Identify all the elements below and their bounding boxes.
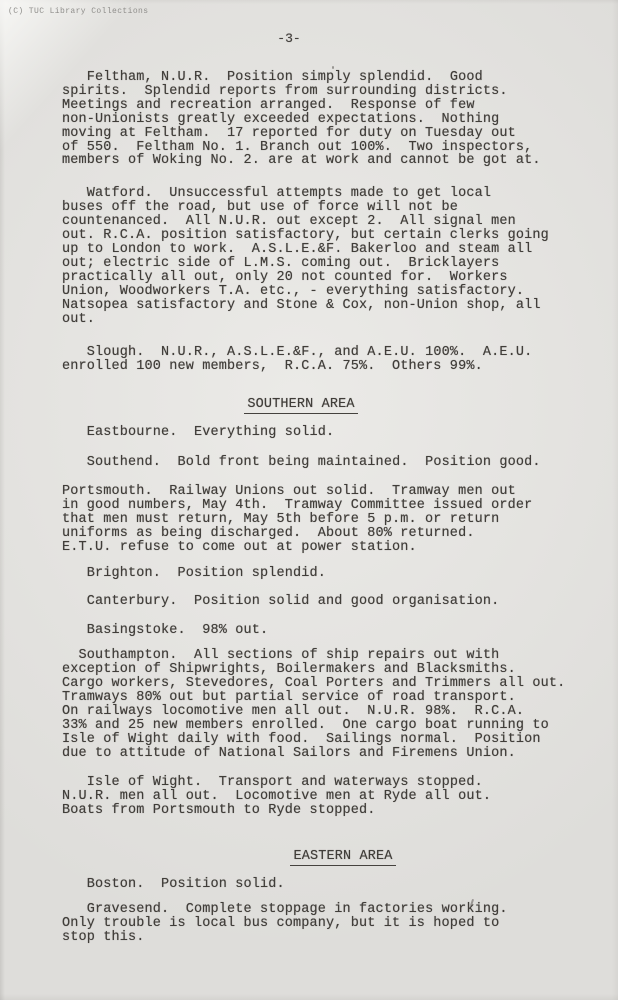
paragraph-southampton: Southampton. All sections of ship repair… bbox=[62, 649, 610, 760]
paragraph-eastbourne: Eastbourne. Everything solid. bbox=[62, 426, 610, 440]
paragraph-watford: Watford. Unsuccessful attempts made to g… bbox=[62, 187, 610, 326]
southern-area-heading: SOUTHERN AREA bbox=[244, 398, 357, 414]
library-watermark: (C) TUC Library Collections bbox=[8, 7, 148, 16]
scan-speck bbox=[109, 904, 111, 906]
paragraph-feltham: Feltham, N.U.R. Position simply splendid… bbox=[62, 71, 610, 168]
paragraph-brighton: Brighton. Position splendid. bbox=[62, 567, 610, 581]
paragraph-gravesend: Gravesend. Complete stoppage in factorie… bbox=[62, 903, 610, 945]
page-number: -3- bbox=[0, 31, 598, 46]
eastern-area-heading: EASTERN AREA bbox=[290, 850, 395, 866]
paragraph-slough: Slough. N.U.R., A.S.L.E.&F., and A.E.U. … bbox=[62, 346, 610, 374]
paragraph-southend: Southend. Bold front being maintained. P… bbox=[62, 456, 610, 470]
scan-speck bbox=[332, 66, 334, 69]
section-southern-area: SOUTHERN AREA bbox=[62, 398, 610, 414]
scanned-page: (C) TUC Library Collections -3- Feltham,… bbox=[0, 0, 618, 1000]
report-body: Feltham, N.U.R. Position simply splendid… bbox=[62, 71, 610, 945]
paragraph-boston: Boston. Position solid. bbox=[62, 878, 610, 892]
paragraph-canterbury: Canterbury. Position solid and good orga… bbox=[62, 595, 610, 609]
paragraph-isle-of-wight: Isle of Wight. Transport and waterways s… bbox=[62, 776, 610, 818]
section-eastern-area: EASTERN AREA bbox=[62, 850, 610, 866]
paragraph-basingstoke: Basingstoke. 98% out. bbox=[62, 624, 610, 638]
paragraph-portsmouth: Portsmouth. Railway Unions out solid. Tr… bbox=[62, 485, 610, 555]
